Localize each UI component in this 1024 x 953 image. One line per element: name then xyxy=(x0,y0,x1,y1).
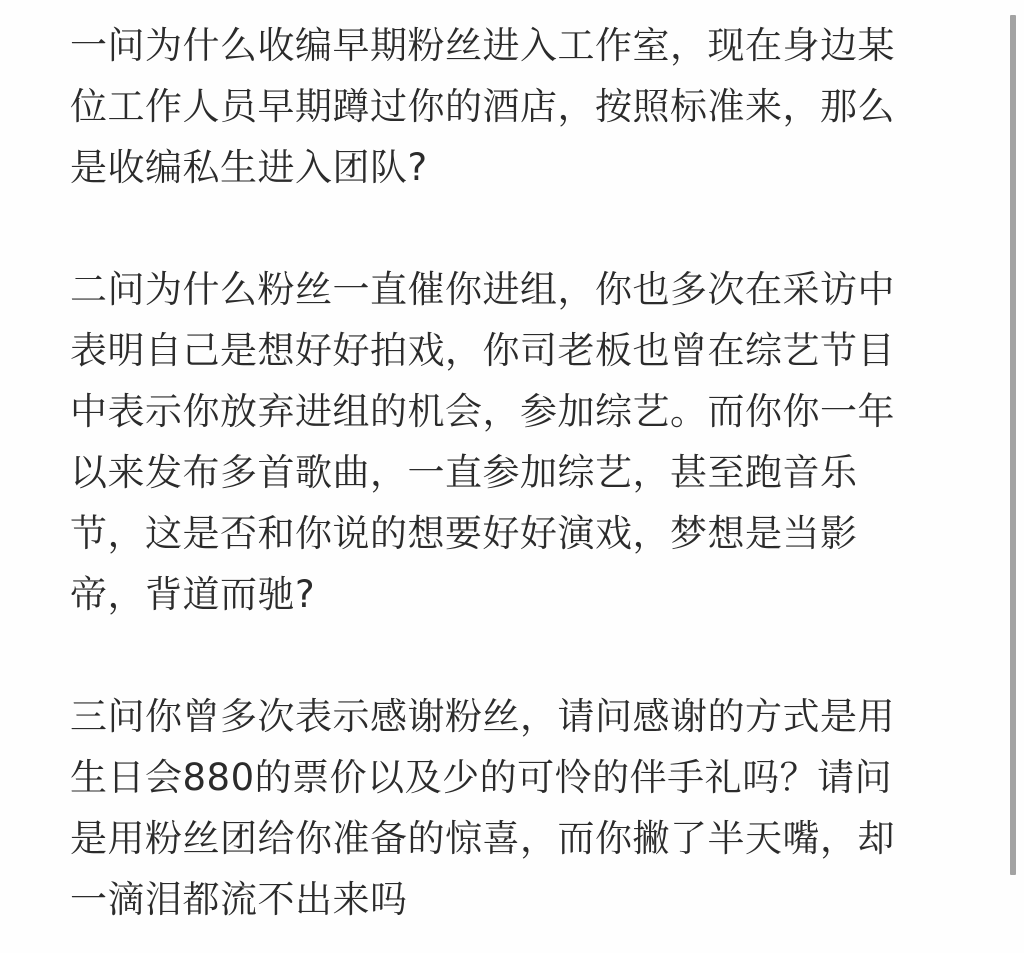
text-line: 表明自己是想好好拍戏，你司老板也曾在综艺节目 xyxy=(70,320,970,381)
paragraph-spacer xyxy=(70,198,970,259)
vertical-scrollbar[interactable] xyxy=(1010,15,1016,875)
text-line: 三问你曾多次表示感谢粉丝，请问感谢的方式是用 xyxy=(70,686,970,747)
text-line: 帝，背道而驰? xyxy=(70,564,970,625)
text-line: 以来发布多首歌曲，一直参加综艺，甚至跑音乐 xyxy=(70,442,970,503)
article-body: 一问为什么收编早期粉丝进入工作室，现在身边某 位工作人员早期蹲过你的酒店，按照标… xyxy=(70,15,970,930)
paragraph-question-2: 二问为什么粉丝一直催你进组，你也多次在采访中 表明自己是想好好拍戏，你司老板也曾… xyxy=(70,259,970,625)
text-line: 中表示你放弃进组的机会，参加综艺。而你你一年 xyxy=(70,381,970,442)
text-line: 节，这是否和你说的想要好好演戏，梦想是当影 xyxy=(70,503,970,564)
text-line: 一问为什么收编早期粉丝进入工作室，现在身边某 xyxy=(70,15,970,76)
paragraph-spacer xyxy=(70,625,970,686)
text-line: 生日会880的票价以及少的可怜的伴手礼吗？请问 xyxy=(70,747,970,808)
text-line: 位工作人员早期蹲过你的酒店，按照标准来，那么 xyxy=(70,76,970,137)
text-line: 是收编私生进入团队? xyxy=(70,137,970,198)
text-line: 是用粉丝团给你准备的惊喜，而你撇了半天嘴，却 xyxy=(70,808,970,869)
text-line: 一滴泪都流不出来吗 xyxy=(70,869,970,930)
document-page: 一问为什么收编早期粉丝进入工作室，现在身边某 位工作人员早期蹲过你的酒店，按照标… xyxy=(0,0,1024,953)
paragraph-question-1: 一问为什么收编早期粉丝进入工作室，现在身边某 位工作人员早期蹲过你的酒店，按照标… xyxy=(70,15,970,198)
paragraph-question-3: 三问你曾多次表示感谢粉丝，请问感谢的方式是用 生日会880的票价以及少的可怜的伴… xyxy=(70,686,970,930)
text-line: 二问为什么粉丝一直催你进组，你也多次在采访中 xyxy=(70,259,970,320)
